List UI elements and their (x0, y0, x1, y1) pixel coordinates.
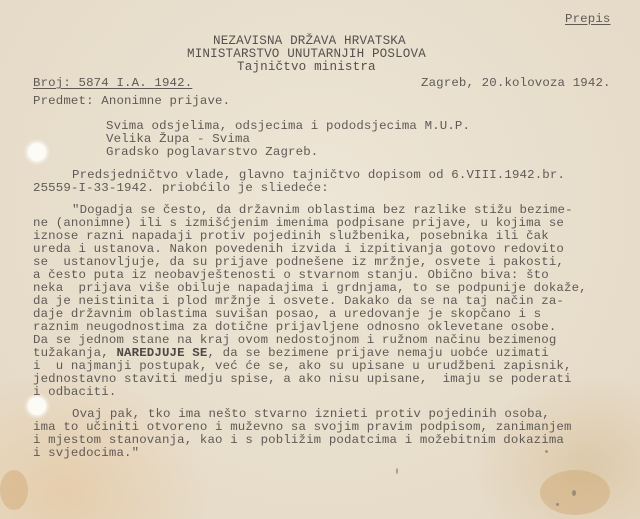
punch-hole-bottom (28, 397, 46, 415)
text-line: 25559-I-33-1942. priobćilo je sliedeće: (33, 182, 329, 195)
reference-number: Broj: 5874 I.A. 1942. (33, 77, 192, 90)
speck (556, 503, 559, 506)
text-line: i svjedocima." (33, 447, 139, 460)
text-line: i odbaciti. (33, 386, 116, 399)
speck (545, 450, 548, 453)
stamp-label: Prepis (565, 13, 611, 26)
place-date: Zagreb, 20.kolovoza 1942. (421, 77, 611, 90)
recipient: Gradsko poglavarstvo Zagreb. (106, 146, 318, 159)
speck (572, 490, 576, 496)
order-emphasis: NAREDJUJE SE (116, 346, 207, 360)
punch-hole-top (28, 143, 46, 161)
subject-line: Predmet: Anonimne prijave. (33, 95, 230, 108)
letterhead-office: Tajničtvo ministra (237, 61, 376, 74)
speck (396, 468, 398, 474)
stain (0, 470, 28, 510)
